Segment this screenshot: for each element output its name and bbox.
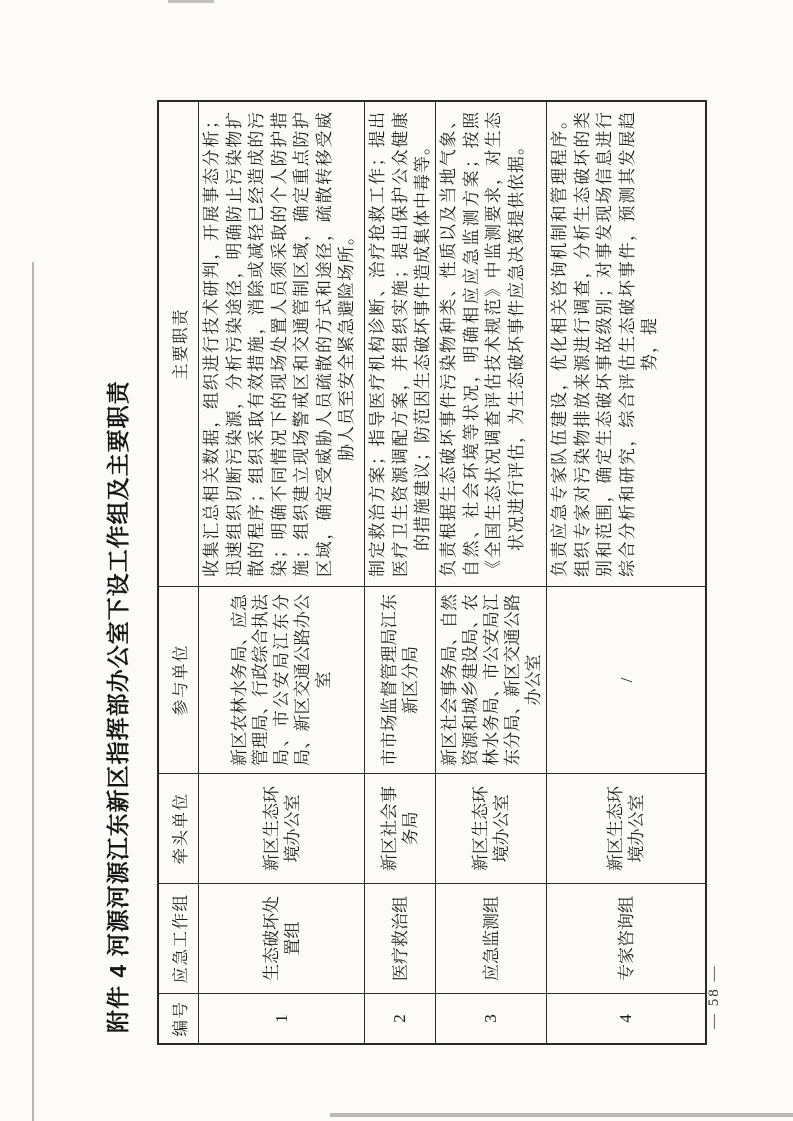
- header-cell-group: 应急工作组: [159, 883, 199, 993]
- row-4-duties-cell: 负责应急专家队伍建设，优化相关咨询机制和管理程序。组织专家对污染物排放来源进行调…: [547, 102, 705, 586]
- row-4-participants-cell: /: [547, 586, 705, 773]
- row-3-group-cell: 应急监测组: [436, 883, 547, 993]
- row-1-participants-cell: 新区农林水务局、应急管理局、行政综合执法局、市公安局江东分局、新区交通公路办公室: [199, 586, 365, 773]
- scan-smudge-top: [168, 0, 214, 3]
- row-1-group-cell: 生态破坏处置组: [199, 883, 365, 993]
- row-2-lead-cell: 新区社会事务局: [365, 773, 436, 883]
- row-3-lead-cell: 新区生态环境办公室: [436, 773, 547, 883]
- work-groups-table: 编号 应急工作组 牵头单位 参与单位 主要职责 1 生态破坏处置组 新区生态环境…: [157, 100, 707, 1045]
- row-2-duties-cell: 制定救治方案；指导医疗机构诊断、治疗抢救工作；提出医疗卫生资源调配方案，并组织实…: [365, 102, 436, 586]
- page-number: — 58 —: [706, 965, 723, 1030]
- row-3-participants-cell: 新区社会事务局、自然资源和城乡建设局、农林水务局、市公安局江东分局、新区交通公路…: [436, 586, 547, 773]
- row-3-id-cell: 3: [436, 993, 547, 1043]
- header-cell-id: 编号: [159, 993, 199, 1043]
- row-2-participants-cell: 市市场监督管理局江东新区分局: [365, 586, 436, 773]
- scan-edge-line-left: [32, 262, 34, 1121]
- row-1-duties-cell: 收集汇总相关数据，组织进行技术研判，开展事态分析；迅速组织切断污染源，分析污染途…: [199, 102, 365, 586]
- row-4-group-cell: 专家咨询组: [547, 883, 705, 993]
- row-1-id-cell: 1: [199, 993, 365, 1043]
- row-2-id-cell: 2: [365, 993, 436, 1043]
- row-1-lead-cell: 新区生态环境办公室: [199, 773, 365, 883]
- row-3-duties-cell: 负责根据生态破坏事件污染物种类、性质以及当地气象、自然、社会环境等状况，明确相应…: [436, 102, 547, 586]
- header-cell-participants: 参与单位: [159, 586, 199, 773]
- row-4-lead-cell: 新区生态环境办公室: [547, 773, 705, 883]
- scan-shadow-bottom: [330, 1113, 793, 1117]
- row-2-group-cell: 医疗救治组: [365, 883, 436, 993]
- header-cell-duties: 主要职责: [159, 102, 199, 586]
- rotated-landscape-content: 附件 4 河源河源江东新区指挥部办公室下设工作组及主要职责 编号 应急工作组 牵…: [0, 0, 793, 1121]
- header-cell-lead: 牵头单位: [159, 773, 199, 883]
- row-4-id-cell: 4: [547, 993, 705, 1043]
- attachment-title: 附件 4 河源河源江东新区指挥部办公室下设工作组及主要职责: [100, 380, 133, 1033]
- scanned-document-page: { "page": { "attachment_title": "附件 4 河源…: [0, 0, 793, 1121]
